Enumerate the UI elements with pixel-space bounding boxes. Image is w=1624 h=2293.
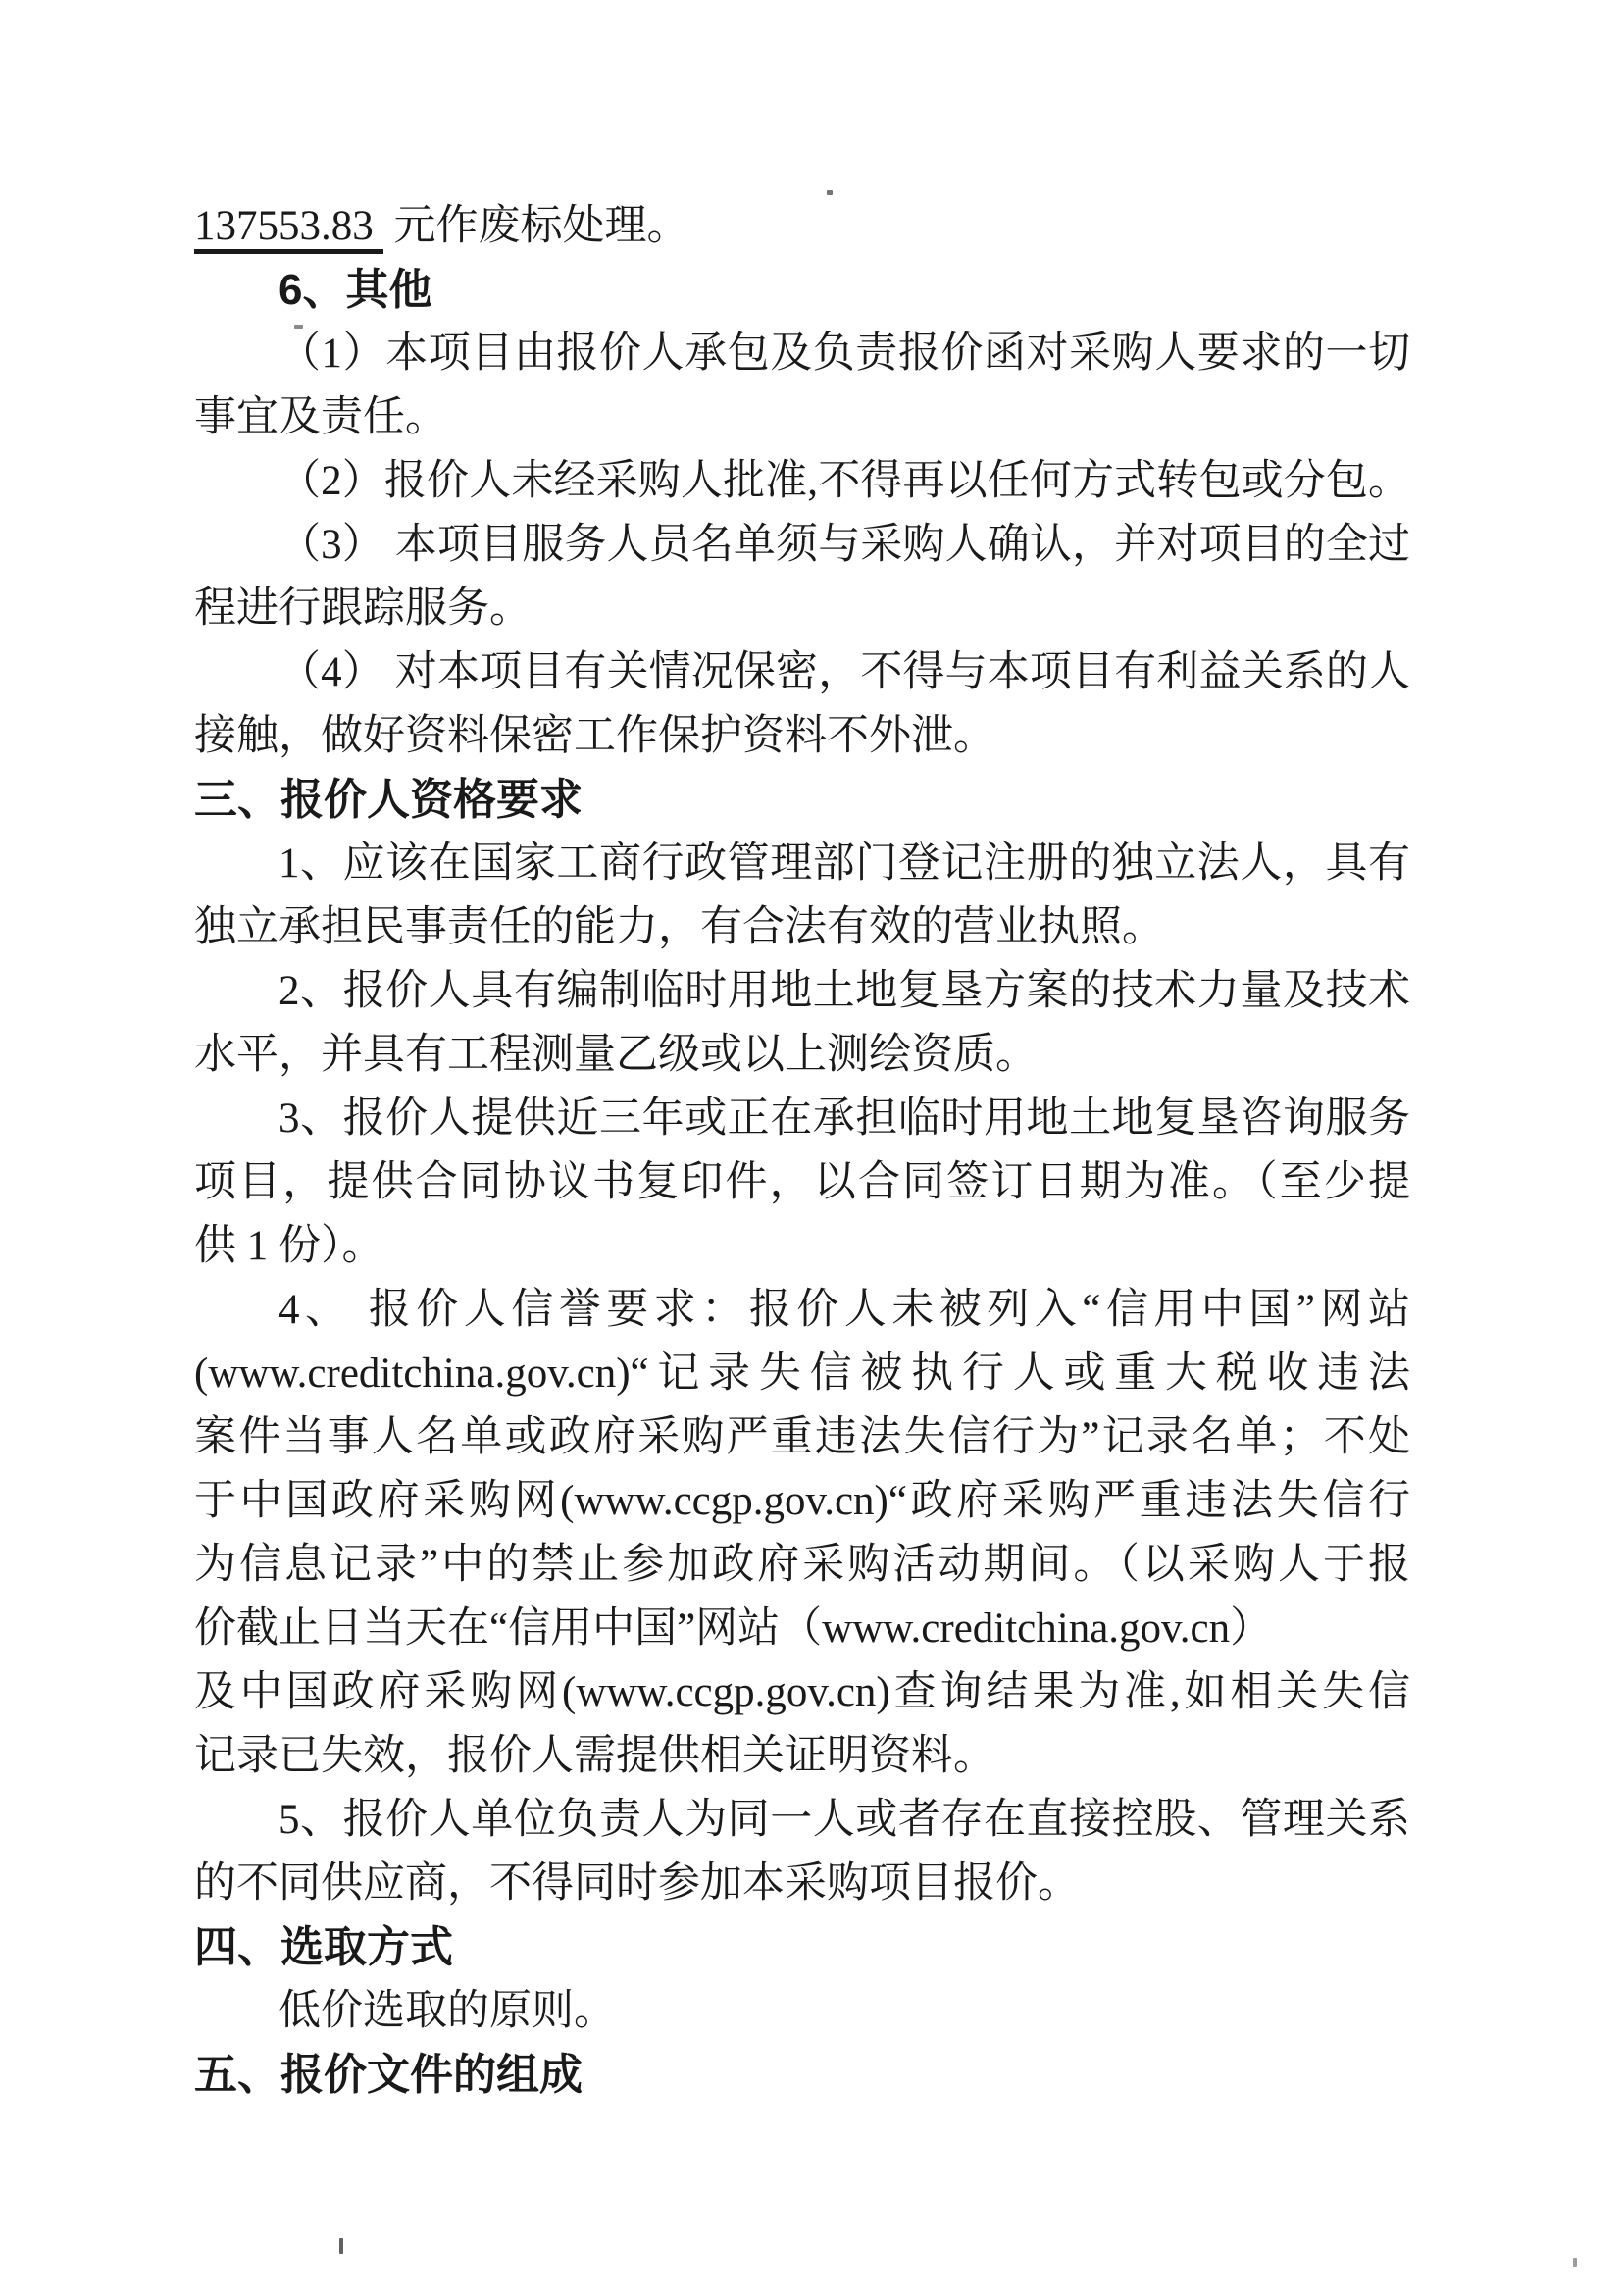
- text-line: 项目，提供合同协议书复印件，以合同签订日期为准。（至少提: [194, 1150, 1410, 1214]
- section-heading: 四、选取方式: [194, 1915, 1410, 1979]
- text-line: 事宜及责任。: [194, 385, 1410, 449]
- text-line: 为信息记录”中的禁止参加政府采购活动期间。（以采购人于报: [194, 1533, 1410, 1597]
- section-heading: 五、报价文件的组成: [194, 2043, 1410, 2107]
- text-line: （3） 本项目服务人员名单须与采购人确认，并对项目的全过: [194, 513, 1410, 577]
- text-line: （4） 对本项目有关情况保密，不得与本项目有利益关系的人: [194, 640, 1410, 704]
- text-line: （1）本项目由报价人承包及负责报价函对采购人要求的一切: [194, 322, 1410, 385]
- text-line: 程进行跟踪服务。: [194, 577, 1410, 640]
- text-line: 低价选取的原则。: [194, 1979, 1410, 2043]
- scan-speck: [827, 190, 833, 195]
- text-line: (www.creditchina.gov.cn)“记录失信被执行人或重大税收违法: [194, 1342, 1410, 1405]
- scan-speck: [294, 325, 303, 329]
- scan-speck: [1573, 2258, 1577, 2267]
- scanned-document-page: 137553.83 元作废标处理。 6、其他 （1）本项目由报价人承包及负责报价…: [0, 0, 1624, 2293]
- text-line: 2、报价人具有编制临时用地土地复垦方案的技术力量及技术: [194, 959, 1410, 1023]
- text-line: 水平，并具有工程测量乙级或以上测绘资质。: [194, 1023, 1410, 1087]
- text-line: 价截止日当天在“信用中国”网站（www.creditchina.gov.cn）: [194, 1597, 1410, 1660]
- text-line: 4、 报价人信誉要求：报价人未被列入“信用中国”网站: [194, 1278, 1410, 1342]
- underlined-amount: 137553.83: [194, 203, 383, 254]
- text-line: 接触，做好资料保密工作保护资料不外泄。: [194, 704, 1410, 768]
- text-line: 独立承担民事责任的能力，有合法有效的营业执照。: [194, 895, 1410, 959]
- text-line: 5、报价人单位负责人为同一人或者存在直接控股、管理关系: [194, 1788, 1410, 1852]
- text-line: 3、报价人提供近三年或正在承担临时用地土地复垦咨询服务: [194, 1087, 1410, 1150]
- document-text-block: 137553.83 元作废标处理。 6、其他 （1）本项目由报价人承包及负责报价…: [194, 194, 1410, 2107]
- section-heading: 三、报价人资格要求: [194, 768, 1410, 832]
- text-line-rest: 元作废标处理。: [383, 203, 689, 249]
- section-heading: 6、其他: [194, 258, 1410, 322]
- text-line: 案件当事人名单或政府采购严重违法失信行为”记录名单；不处: [194, 1405, 1410, 1469]
- text-line: 供 1 份）。: [194, 1214, 1410, 1278]
- text-line: 于中国政府采购网(www.ccgp.gov.cn)“政府采购严重违法失信行: [194, 1469, 1410, 1533]
- text-line: 137553.83 元作废标处理。: [194, 194, 1410, 258]
- text-line: 记录已失效，报价人需提供相关证明资料。: [194, 1724, 1410, 1788]
- text-line: 1、应该在国家工商行政管理部门登记注册的独立法人，具有: [194, 832, 1410, 895]
- scan-speck: [339, 2238, 343, 2254]
- text-line: 的不同供应商，不得同时参加本采购项目报价。: [194, 1852, 1410, 1915]
- text-line: 及中国政府采购网(www.ccgp.gov.cn)查询结果为准,如相关失信: [194, 1660, 1410, 1724]
- text-line: （2）报价人未经采购人批准,不得再以任何方式转包或分包。: [194, 449, 1410, 513]
